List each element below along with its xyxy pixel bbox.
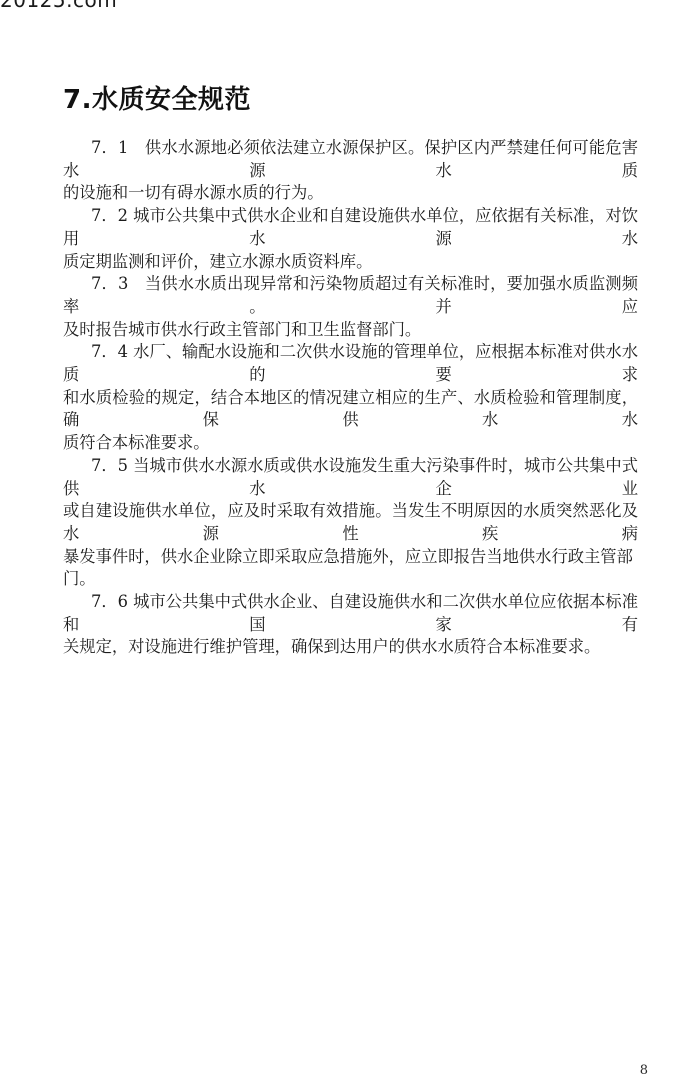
page-number: 8: [640, 1063, 648, 1078]
text-line: 7．6 城市公共集中式供水企业、自建设施供水和二次供水单位应依据本标准和国家有: [63, 591, 638, 636]
text-line: 7．2 城市公共集中式供水企业和自建设施供水单位，应依据有关标准，对饮用水源水: [63, 205, 638, 250]
text-line: 及时报告城市供水行政主管部门和卫生监督部门。: [63, 319, 638, 342]
document-page: 20125.com 7.水质安全规范 7．1 供水水源地必须依法建立水源保护区。…: [0, 0, 700, 1087]
watermark-text: 20125.com: [0, 0, 117, 12]
paragraph: 7．6 城市公共集中式供水企业、自建设施供水和二次供水单位应依据本标准和国家有关…: [63, 591, 638, 659]
paragraph: 7．3 当供水水质出现异常和污染物质超过有关标准时，要加强水质监测频率。并应及时…: [63, 273, 638, 341]
paragraph: 7．1 供水水源地必须依法建立水源保护区。保护区内严禁建任何可能危害水源水质的设…: [63, 137, 638, 205]
text-line: 关规定，对设施进行维护管理，确保到达用户的供水水质符合本标准要求。: [63, 636, 638, 659]
text-line: 的设施和一切有碍水源水质的行为。: [63, 182, 638, 205]
text-line: 7．5 当城市供水水源水质或供水设施发生重大污染事件时，城市公共集中式供水企业: [63, 455, 638, 500]
text-line: 7．1 供水水源地必须依法建立水源保护区。保护区内严禁建任何可能危害水源水质: [63, 137, 638, 182]
text-line: 和水质检验的规定，结合本地区的情况建立相应的生产、水质检验和管理制度，确保供水水: [63, 387, 638, 432]
section-body: 7．1 供水水源地必须依法建立水源保护区。保护区内严禁建任何可能危害水源水质的设…: [63, 137, 638, 659]
text-line: 或自建设施供水单位，应及时采取有效措施。当发生不明原因的水质突然恶化及水源性疾病: [63, 500, 638, 545]
text-line: 质定期监测和评价，建立水源水质资料库。: [63, 251, 638, 274]
text-line: 7．4 水厂、输配水设施和二次供水设施的管理单位，应根据本标准对供水水质的要求: [63, 341, 638, 386]
text-line: 7．3 当供水水质出现异常和污染物质超过有关标准时，要加强水质监测频率。并应: [63, 273, 638, 318]
paragraph: 7．5 当城市供水水源水质或供水设施发生重大污染事件时，城市公共集中式供水企业或…: [63, 455, 638, 591]
paragraph: 7．2 城市公共集中式供水企业和自建设施供水单位，应依据有关标准，对饮用水源水质…: [63, 205, 638, 273]
text-line: 质符合本标准要求。: [63, 432, 638, 455]
section-heading: 7.水质安全规范: [63, 79, 251, 116]
paragraph: 7．4 水厂、输配水设施和二次供水设施的管理单位，应根据本标准对供水水质的要求和…: [63, 341, 638, 455]
text-line: 暴发事件时，供水企业除立即采取应急措施外，应立即报告当地供水行政主管部门。: [63, 546, 638, 591]
